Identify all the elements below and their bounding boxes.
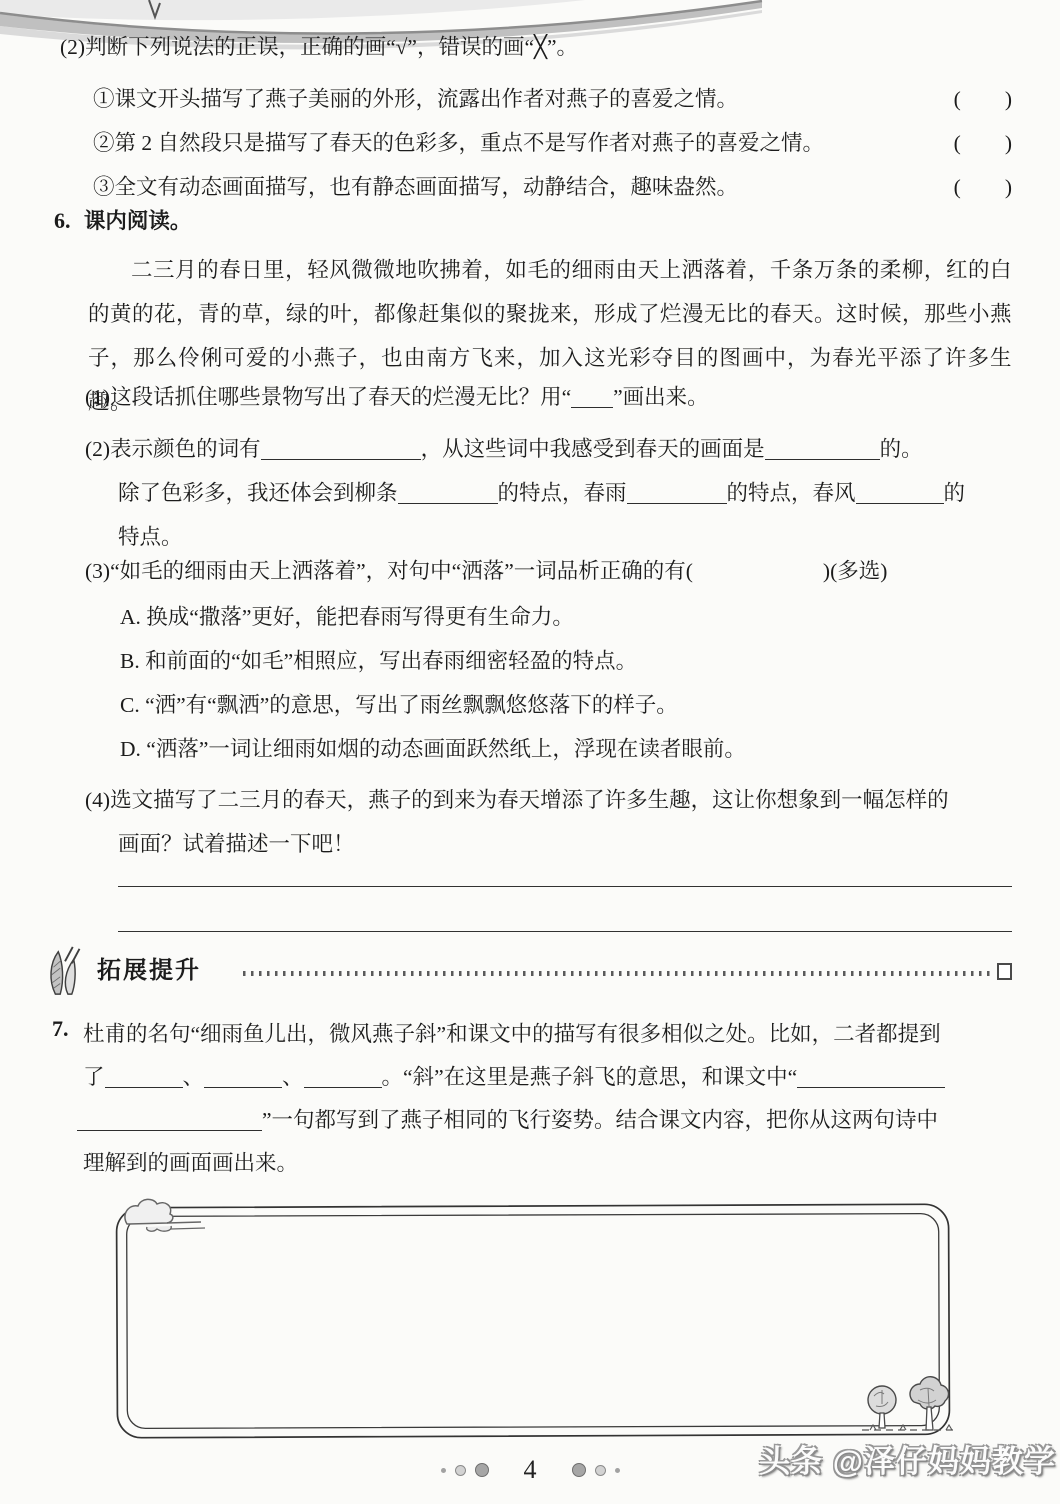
footer-dot-icon: [441, 1468, 446, 1473]
question-6-number: 6.: [54, 208, 71, 233]
answer-blank: [105, 1066, 183, 1089]
question-2-block: (2)判断下列说法的正误，正确的画“√”，错误的画“╳”。 ①课文开头描写了燕子…: [60, 32, 1012, 202]
question-7-line1: 杜甫的名句“细雨鱼儿出，微风燕子斜”和课文中的描写有很多相似之处。比如，二者都提…: [83, 1013, 1012, 1056]
answer-blank: [856, 482, 944, 505]
option-c: C. “洒”有“飘洒”的意思，写出了雨丝飘飘悠悠落下的样子。: [85, 690, 1012, 720]
question-6-header: 6. 课内阅读。: [54, 206, 191, 236]
footer-dot-icon: [615, 1468, 620, 1473]
answer-blank: [204, 1066, 282, 1089]
tf-item-1-text: ①课文开头描写了燕子美丽的外形，流露出作者对燕子的喜爱之情。: [93, 84, 738, 114]
question-2-prompt: (2)判断下列说法的正误，正确的画“√”，错误的画“╳”。: [60, 32, 1012, 62]
leader-end-square: [997, 963, 1012, 980]
answer-parens: (): [954, 172, 1012, 202]
question-6-3: (3)“如毛的细雨由天上洒落着”，对句中“洒落”一词品析正确的有()(多选) A…: [85, 556, 1012, 764]
answer-blank: [797, 1066, 945, 1089]
answer-blank: [765, 438, 880, 461]
section-header: 拓展提升: [45, 944, 1012, 998]
question-6-title: 课内阅读。: [84, 209, 192, 233]
question-7-line3: ”一句都写到了燕子相同的飞行姿势。结合课文内容，把你从这两句诗中: [83, 1099, 1012, 1142]
option-b: B. 和前面的“如毛”相照应，写出春雨细密轻盈的特点。: [85, 646, 1012, 676]
drawing-box: [113, 1198, 957, 1446]
question-7-block: 杜甫的名句“细雨鱼儿出，微风燕子斜”和课文中的描写有很多相似之处。比如，二者都提…: [83, 1013, 1012, 1185]
drawing-box-border: [113, 1198, 957, 1446]
answer-parens: (): [954, 84, 1012, 114]
footer-dot-icon: [475, 1463, 489, 1477]
tf-item-2-text: ②第 2 自然段只是描写了春天的色彩多，重点不是写作者对燕子的喜爱之情。: [93, 128, 824, 158]
question-6-2-line1: (2)表示颜色的词有，从这些词中我感受到春天的画面是的。: [85, 427, 1012, 471]
answer-blank: [261, 438, 421, 461]
trees-doodle-icon: [858, 1376, 958, 1440]
option-a: A. 换成“撒落”更好，能把春雨写得更有生命力。: [85, 602, 1012, 632]
footer-dot-icon: [455, 1465, 466, 1476]
question-7-line2: 了、、。“斜”在这里是燕子斜飞的意思，和课文中“: [83, 1056, 1012, 1099]
question-6-1: (1)这段话抓住哪些景物写出了春天的烂漫无比？用“”画出来。: [85, 382, 1012, 412]
question-6-4: (4)选文描写了二三月的春天，燕子的到来为春天增添了许多生趣，这让你想象到一幅怎…: [85, 778, 1012, 866]
answer-blank: [304, 1066, 382, 1089]
option-d: D. “洒落”一词让细雨如烟的动态画面跃然纸上，浮现在读者眼前。: [85, 734, 1012, 764]
cloud-doodle-icon: [121, 1194, 205, 1236]
answer-blank: [398, 482, 498, 505]
tf-item-3: ③全文有动态画面描写，也有静态画面描写，动静结合，趣味盎然。 (): [60, 172, 1012, 202]
question-6-2: (2)表示颜色的词有，从这些词中我感受到春天的画面是的。 除了色彩多，我还体会到…: [85, 427, 1012, 559]
page-number: 4: [524, 1455, 537, 1485]
question-6-2-line2: 除了色彩多，我还体会到柳条的特点，春雨的特点，春风的: [85, 471, 1012, 515]
worksheet-page: (2)判断下列说法的正误，正确的画“√”，错误的画“╳”。 ①课文开头描写了燕子…: [0, 0, 1060, 1504]
answer-writing-line: [118, 903, 1012, 932]
answer-blank: [571, 386, 613, 409]
footer-dot-icon: [572, 1463, 586, 1477]
question-6-3-prompt: (3)“如毛的细雨由天上洒落着”，对句中“洒落”一词品析正确的有()(多选): [85, 556, 1012, 586]
tf-item-3-text: ③全文有动态画面描写，也有静态画面描写，动静结合，趣味盎然。: [93, 172, 738, 202]
answer-writing-line: [118, 858, 1012, 887]
footer-dot-icon: [595, 1465, 606, 1476]
question-6-2-line3: 特点。: [85, 515, 1012, 559]
section-title: 拓展提升: [97, 956, 201, 986]
tf-item-2: ②第 2 自然段只是描写了春天的色彩多，重点不是写作者对燕子的喜爱之情。 (): [60, 128, 1012, 158]
answer-parens: (): [954, 128, 1012, 158]
watermark: 头条 @泽仔妈妈教学: [759, 1447, 1056, 1477]
question-7-number: 7.: [52, 1014, 69, 1044]
dotted-leader: [243, 971, 991, 976]
answer-blank: [77, 1109, 262, 1132]
question-6-4-line1: (4)选文描写了二三月的春天，燕子的到来为春天增添了许多生趣，这让你想象到一幅怎…: [85, 778, 1012, 822]
tf-item-1: ①课文开头描写了燕子美丽的外形，流露出作者对燕子的喜爱之情。 (): [60, 84, 1012, 114]
brush-icon: [45, 944, 87, 998]
answer-blank: [627, 482, 727, 505]
question-7-line4: 理解到的画面画出来。: [83, 1142, 1012, 1185]
